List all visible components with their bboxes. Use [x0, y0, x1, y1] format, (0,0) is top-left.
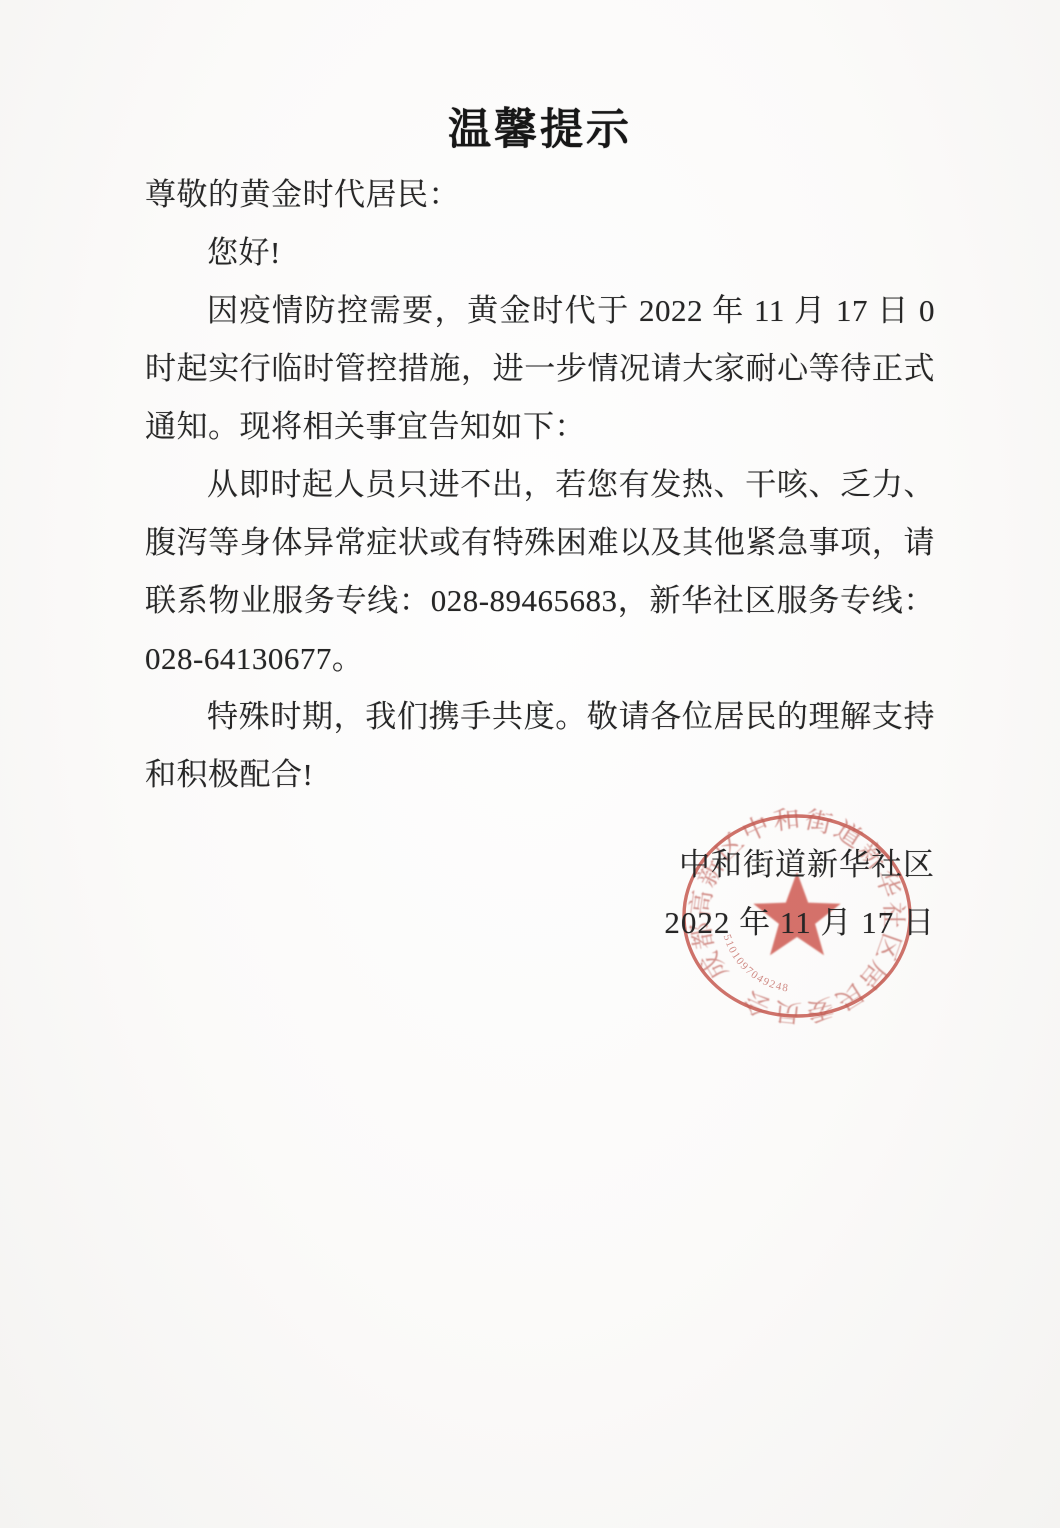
page-title: 温馨提示	[145, 100, 935, 160]
document-body: 尊敬的黄金时代居民： 您好! 因疫情防控需要，黄金时代于 2022 年 11 月…	[145, 166, 935, 804]
notice-document: 温馨提示 尊敬的黄金时代居民： 您好! 因疫情防控需要，黄金时代于 2022 年…	[0, 0, 1060, 1528]
signature-date: 2022 年 11 月 17 日	[664, 894, 935, 952]
document-content: 温馨提示 尊敬的黄金时代居民： 您好! 因疫情防控需要，黄金时代于 2022 年…	[145, 100, 935, 804]
paragraph-hotlines: 从即时起人员只进不出，若您有发热、干咳、乏力、腹泻等身体异常症状或有特殊困难以及…	[145, 456, 935, 688]
signature-block: 中和街道新华社区 2022 年 11 月 17 日	[664, 836, 935, 952]
signature-org: 中和街道新华社区	[664, 836, 935, 894]
paragraph-closing: 特殊时期，我们携手共度。敬请各位居民的理解支持和积极配合!	[145, 688, 935, 804]
paragraph-control-notice: 因疫情防控需要，黄金时代于 2022 年 11 月 17 日 0 时起实行临时管…	[145, 282, 935, 456]
salutation-line: 尊敬的黄金时代居民：	[145, 166, 935, 224]
greeting-line: 您好!	[145, 224, 935, 282]
